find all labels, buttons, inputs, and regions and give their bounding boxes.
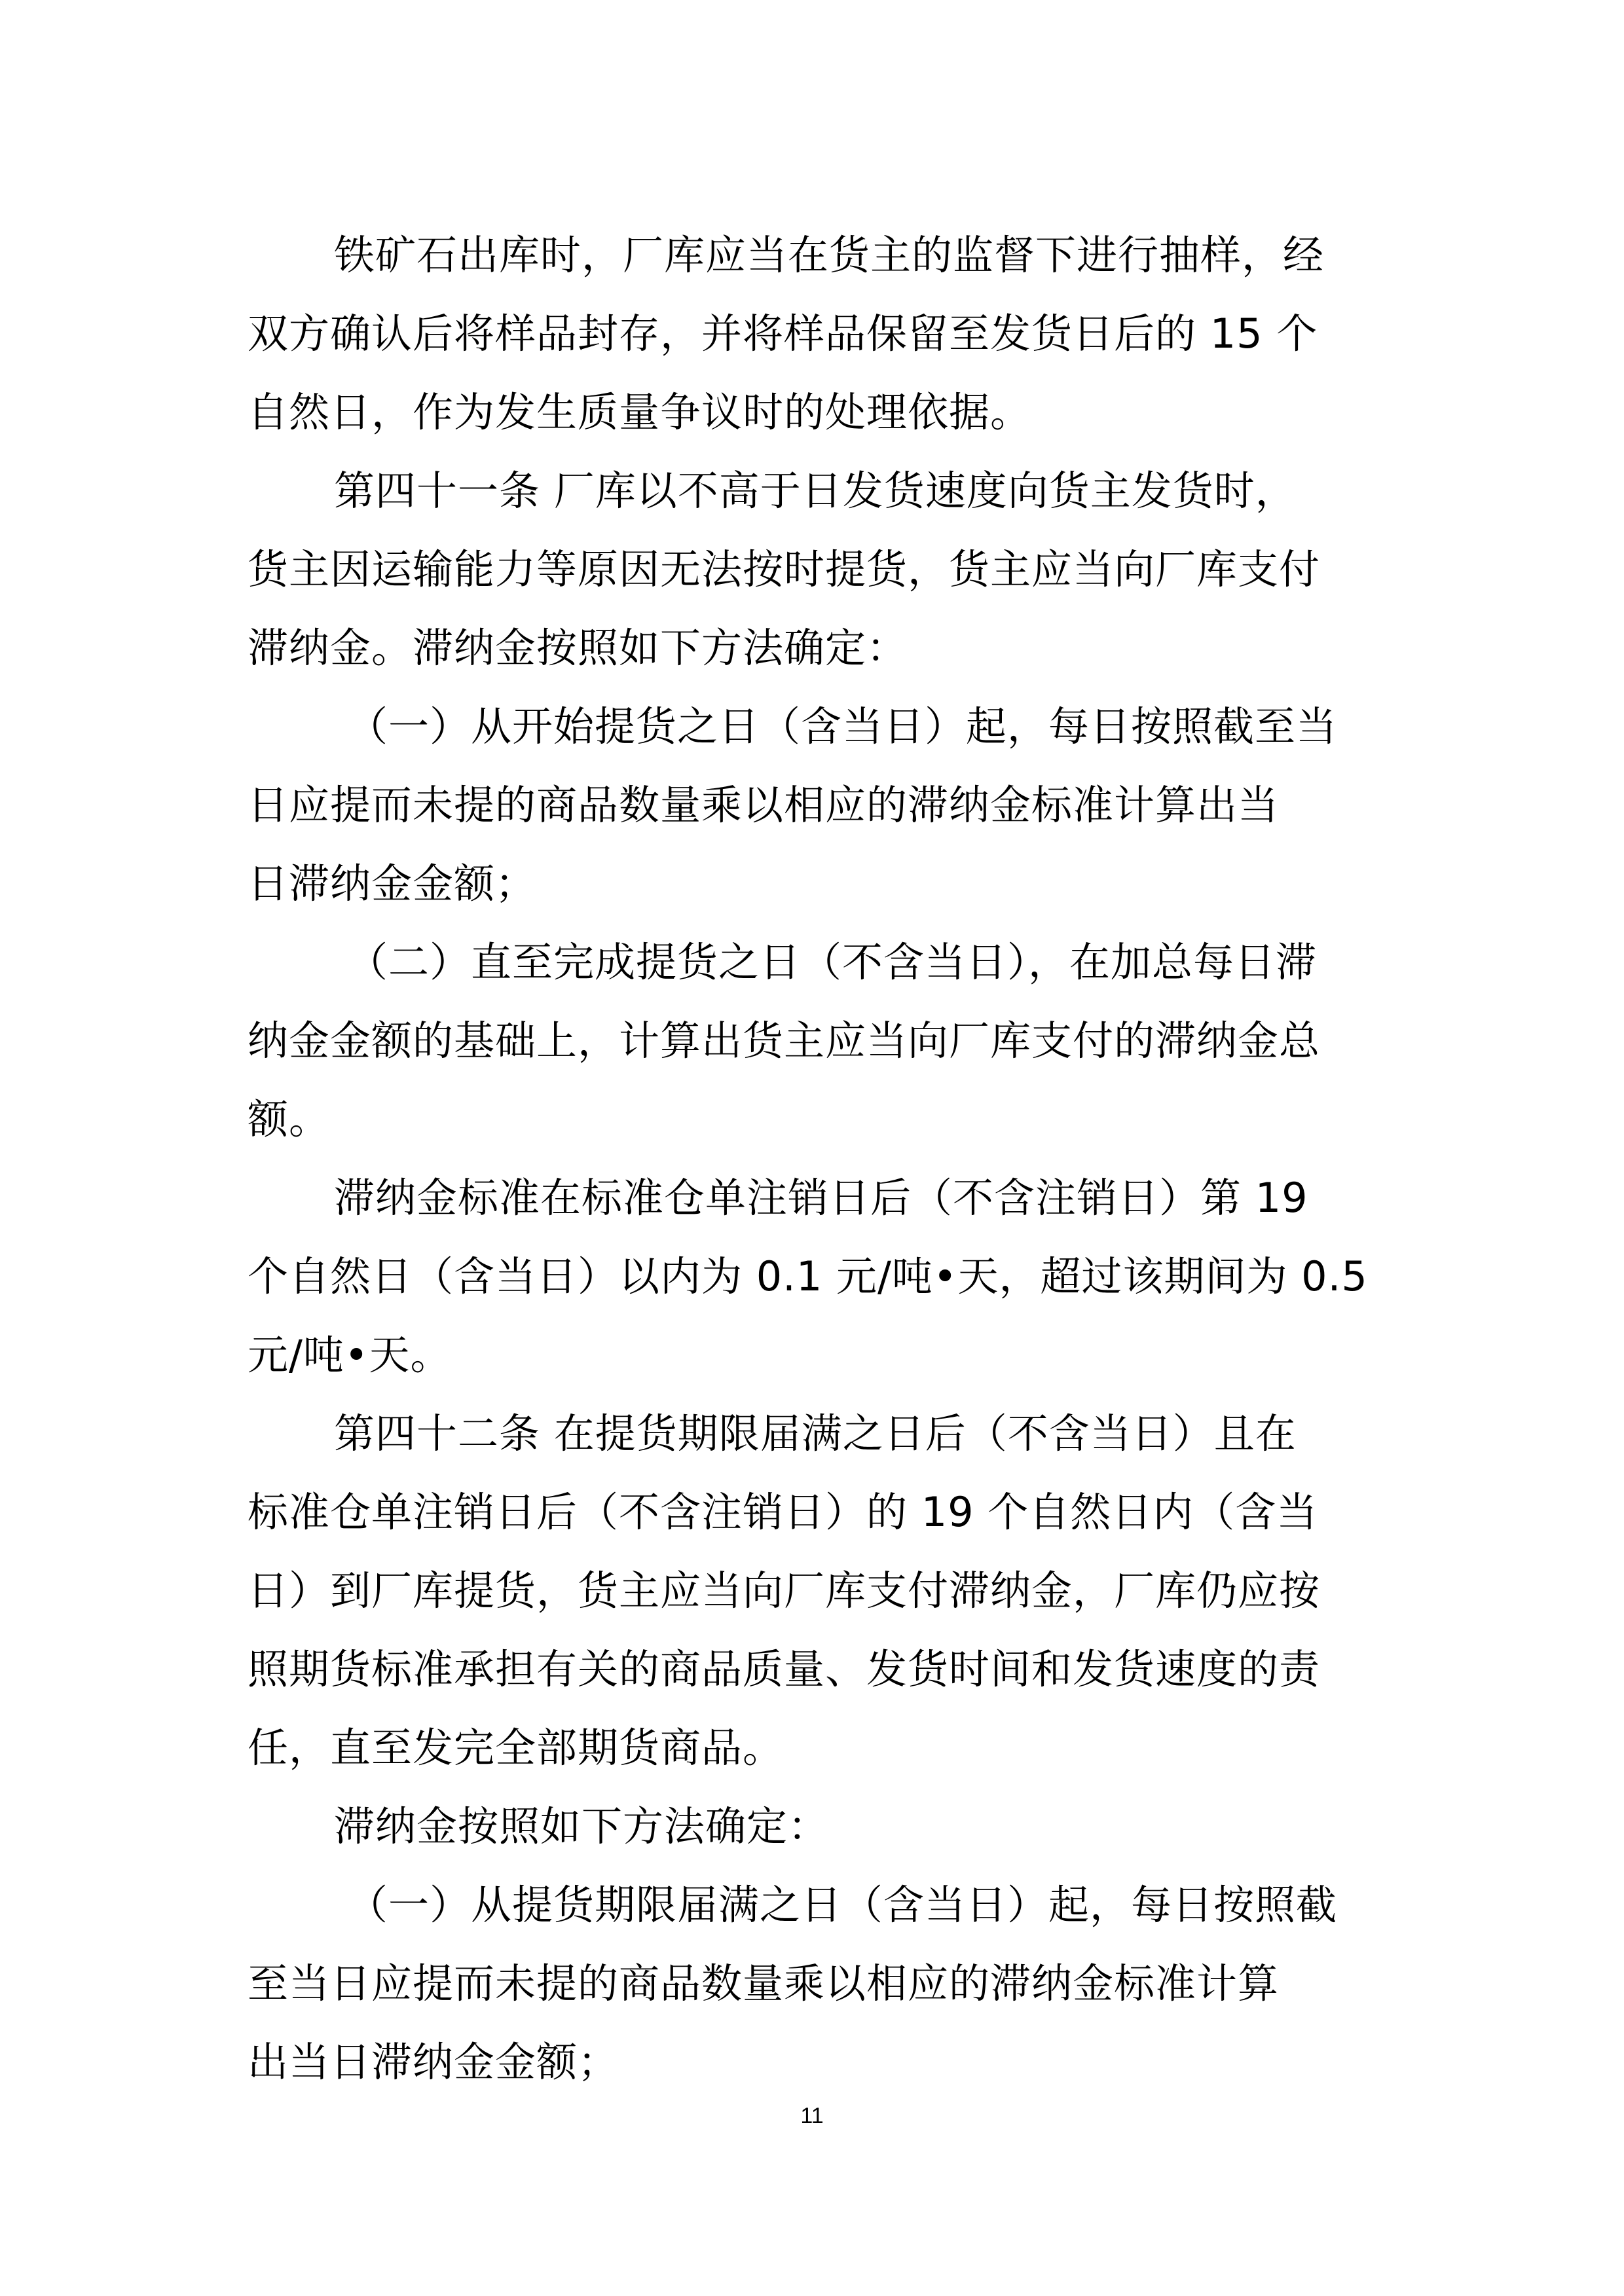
list-item-2-line-2: 纳金金额的基础上，计算出货主应当向厂库支付的滞纳金总 — [248, 1002, 1320, 1080]
list-item-3-line-3: 出当日滞纳金金额； — [248, 2023, 619, 2102]
article-42-line-5: 任，直至发完全部期货商品。 — [248, 1709, 784, 1787]
article-41-line-2: 货主因运输能力等原因无法按时提货，货主应当向厂库支付 — [248, 530, 1320, 609]
article-41-line-1: 第四十一条 厂库以不高于日发货速度向货主发货时， — [334, 452, 1297, 530]
list-item-3-line-2: 至当日应提而未提的商品数量乘以相应的滞纳金标准计算 — [248, 1944, 1279, 2023]
paragraph-1-line-3: 自然日，作为发生质量争议时的处理依据。 — [248, 373, 1031, 452]
list-item-1-line-1: （一）从开始提货之日（含当日）起，每日按照截至当 — [347, 687, 1337, 766]
article-41-line-3: 滞纳金。滞纳金按照如下方法确定： — [248, 609, 908, 687]
rate-standard-line-1: 滞纳金标准在标准仓单注销日后（不含注销日）第 19 — [334, 1159, 1308, 1237]
rate-standard-line-3: 元/吨•天。 — [248, 1316, 451, 1394]
paragraph-1-line-2: 双方确认后将样品封存，并将样品保留至发货日后的 15 个 — [248, 295, 1318, 373]
method-intro-line-1: 滞纳金按照如下方法确定： — [334, 1787, 829, 1866]
article-42-line-1: 第四十二条 在提货期限届满之日后（不含当日）且在 — [334, 1394, 1297, 1473]
paragraph-1-line-1: 铁矿石出库时，厂库应当在货主的监督下进行抽样，经 — [334, 216, 1324, 295]
list-item-3-line-1: （一）从提货期限届满之日（含当日）起，每日按照截 — [347, 1866, 1337, 1944]
page-number: 11 — [0, 2100, 1624, 2132]
list-item-1-line-3: 日滞纳金金额； — [248, 845, 536, 923]
rate-standard-line-2: 个自然日（含当日）以内为 0.1 元/吨•天，超过该期间为 0.5 — [248, 1237, 1368, 1316]
article-42-line-4: 照期货标准承担有关的商品质量、发货时间和发货速度的责 — [248, 1630, 1320, 1709]
article-42-line-3: 日）到厂库提货，货主应当向厂库支付滞纳金，厂库仍应按 — [248, 1552, 1320, 1630]
list-item-2-line-1: （二）直至完成提货之日（不含当日），在加总每日滞 — [347, 923, 1317, 1002]
article-42-line-2: 标准仓单注销日后（不含注销日）的 19 个自然日内（含当 — [248, 1473, 1318, 1552]
list-item-2-line-3: 额。 — [248, 1080, 330, 1159]
list-item-1-line-2: 日应提而未提的商品数量乘以相应的滞纳金标准计算出当 — [248, 766, 1279, 845]
document-page: 铁矿石出库时，厂库应当在货主的监督下进行抽样，经 双方确认后将样品封存，并将样品… — [0, 0, 1624, 2296]
